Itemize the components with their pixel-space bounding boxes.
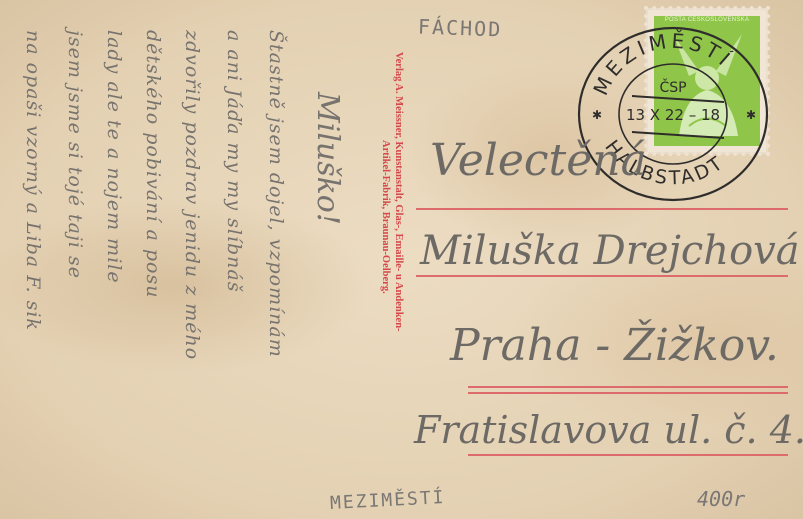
publisher-imprint-line-2: Artikel-Fabrik, Braunau-Oelberg. [380, 140, 391, 294]
message-line: Štastně jsem dojel, vzpomínám [265, 30, 287, 358]
publisher-imprint-line-1: Verlag A. Meissner, Kunstanstalt, Glas-,… [393, 52, 404, 332]
message-line: dětského pobivání a posu [142, 30, 164, 298]
message-greeting: Miluško! [310, 92, 345, 225]
address-city: Praha - Žižkov. [450, 320, 779, 371]
message-line: jsem jsme si tojé taji se [64, 30, 86, 279]
price-note: 400r [697, 487, 745, 511]
postmark-star-right: ✱ [746, 108, 756, 122]
address-rule [468, 392, 788, 394]
postmark-star-left: ✱ [592, 108, 602, 122]
address-rule [468, 454, 788, 456]
message-line: zdvořily pozdrav jenidu z mého [181, 30, 203, 360]
top-pencil-note: FÁCHOD [418, 15, 503, 42]
handwritten-message: Miluško! Štastně jsem dojel, vzpomínám a… [0, 0, 380, 519]
postmark-center-text: ČSP [659, 78, 686, 96]
address-rule [468, 386, 788, 388]
message-line: lady ale te a nojem mile [103, 30, 125, 284]
address-salutation: Velectěná [430, 135, 647, 186]
address-recipient: Miluška Drejchová [420, 228, 800, 274]
postmark-date: 13 X 22 – 18 [626, 106, 720, 124]
postcard: Miluško! Štastně jsem dojel, vzpomínám a… [0, 0, 803, 519]
address-rule [416, 208, 788, 210]
message-line: a ani Jáďa my my slíbnáš [223, 30, 245, 292]
message-line: na opaši vzorný a Liba F. sik [22, 30, 44, 331]
address-rule [416, 275, 788, 277]
address-street: Fratislavova ul. č. 4. [414, 408, 803, 452]
